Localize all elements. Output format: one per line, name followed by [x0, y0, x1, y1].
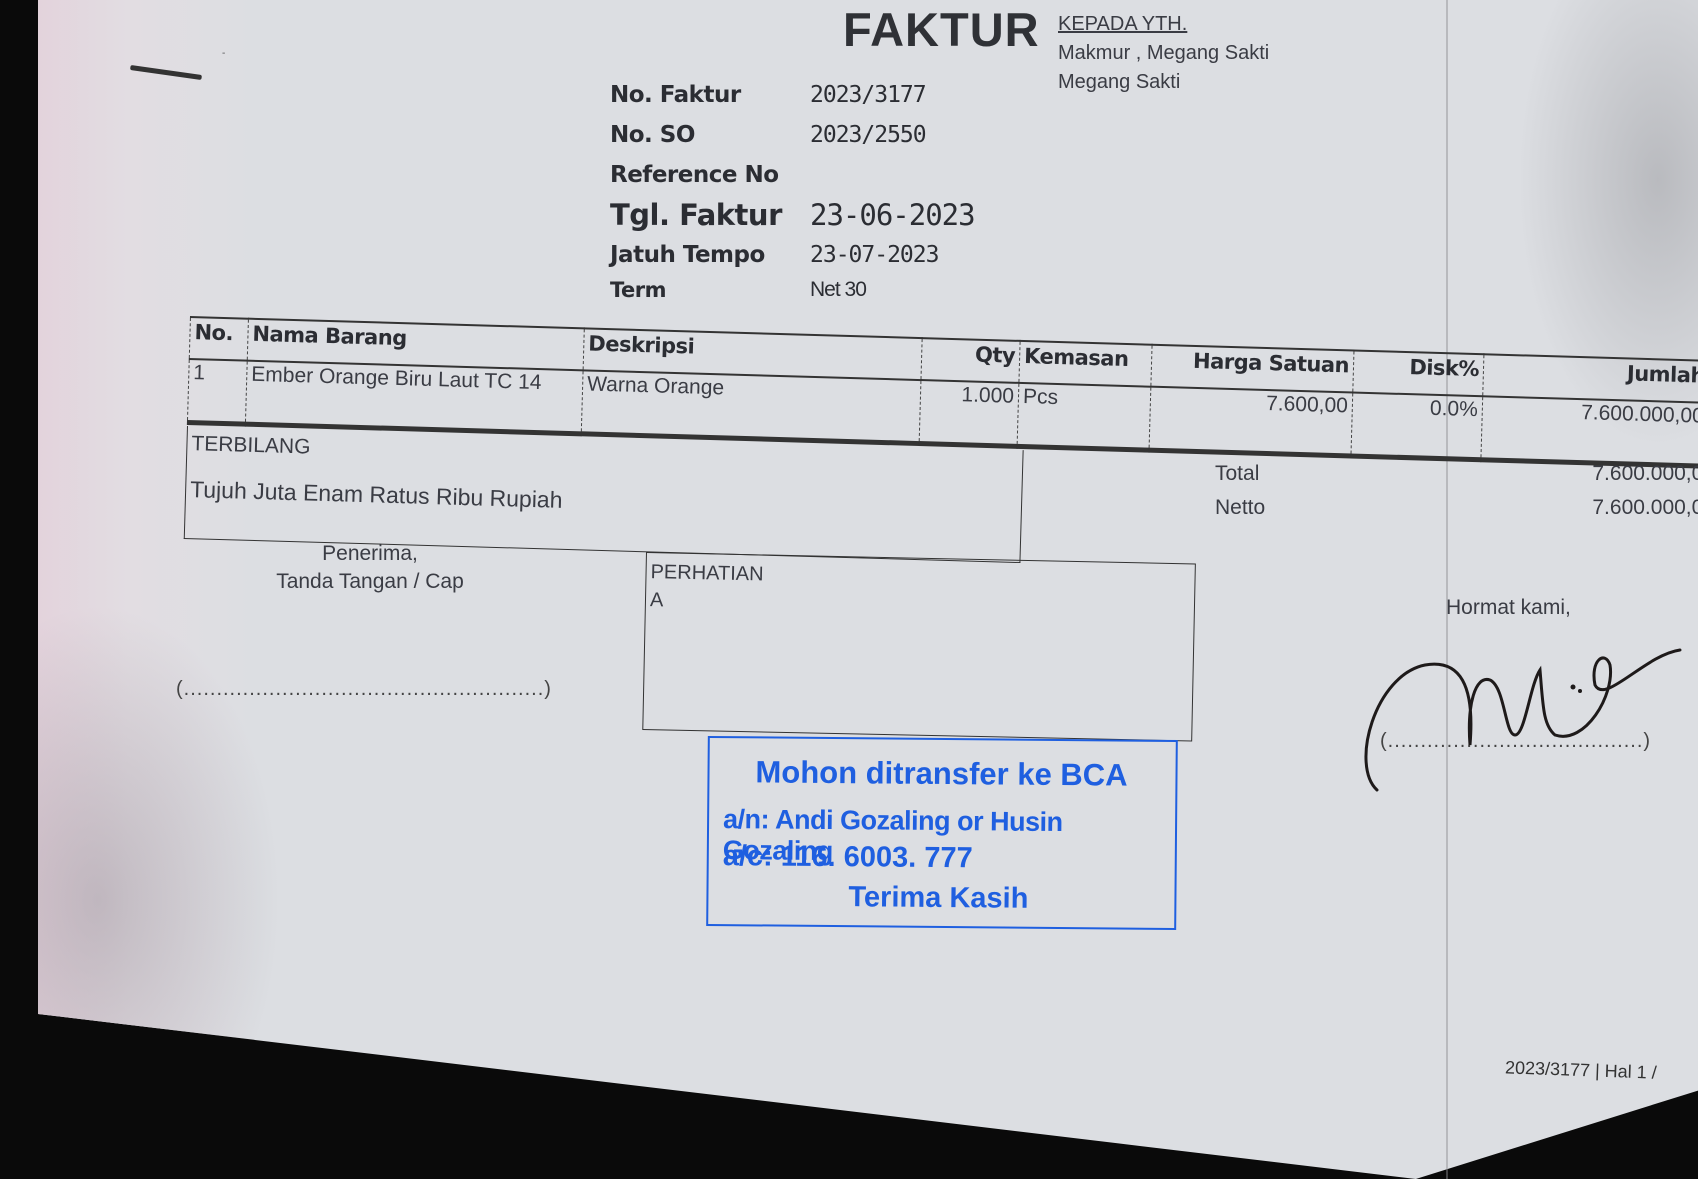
- jatuh-tempo-label: Jatuh Tempo: [610, 242, 810, 268]
- receiver-line-1: Penerima,: [250, 540, 490, 568]
- meta-row-term: Term Net 30: [610, 275, 975, 305]
- header-qty: Qty: [921, 338, 1020, 383]
- netto-value: 7.600.000,00: [1395, 496, 1698, 530]
- tiny-mark: -: [222, 48, 225, 59]
- header-jumlah: Jumlah: [1483, 354, 1698, 402]
- cell-nama-barang: Ember Orange Biru Laut TC 14: [245, 361, 583, 434]
- total-row: Total 7.600.000,00: [1215, 462, 1698, 496]
- meta-row-no-faktur: No. Faktur 2023/3177: [610, 75, 975, 115]
- no-so-value: 2023/2550: [810, 122, 926, 148]
- no-faktur-value: 2023/3177: [810, 82, 926, 108]
- attention-box: PERHATIAN A: [642, 552, 1196, 741]
- total-label: Total: [1215, 462, 1395, 496]
- meta-row-tgl-faktur: Tgl. Faktur 23-06-2023: [610, 195, 975, 235]
- handwritten-signature: [1355, 625, 1685, 795]
- total-value: 7.600.000,00: [1395, 462, 1698, 496]
- netto-row: Netto 7.600.000,00: [1215, 496, 1698, 530]
- jatuh-tempo-value: 23-07-2023: [810, 242, 938, 268]
- sender-regards: Hormat kami,: [1446, 596, 1571, 620]
- header-disk: Disk%: [1353, 351, 1484, 397]
- totals-block: Total 7.600.000,00 Netto 7.600.000,00: [1215, 462, 1698, 530]
- header-kemasan: Kemasan: [1019, 341, 1152, 387]
- cell-harga-satuan: 7.600,00: [1149, 387, 1353, 456]
- meta-row-no-so: No. SO 2023/2550: [610, 115, 975, 155]
- tgl-faktur-label: Tgl. Faktur: [610, 198, 810, 232]
- receiver-line-2: Tanda Tangan / Cap: [250, 568, 490, 596]
- attention-value: A: [650, 589, 664, 612]
- no-faktur-label: No. Faktur: [610, 82, 810, 108]
- bank-transfer-stamp: Mohon ditransfer ke BCA a/n: Andi Gozali…: [706, 736, 1178, 930]
- cell-kemasan: Pcs: [1017, 383, 1151, 450]
- terbilang-value: Tujuh Juta Enam Ratus Ribu Rupiah: [190, 476, 563, 514]
- attention-label: PERHATIAN: [650, 561, 763, 586]
- meta-row-jatuh-tempo: Jatuh Tempo 23-07-2023: [610, 235, 975, 275]
- invoice-meta: No. Faktur 2023/3177 No. SO 2023/2550 Re…: [610, 75, 975, 305]
- stamp-line-1: Mohon ditransfer ke BCA: [755, 754, 1127, 793]
- tgl-faktur-value: 23-06-2023: [810, 198, 975, 232]
- cell-no: 1: [187, 359, 247, 424]
- receiver-block: Penerima, Tanda Tangan / Cap: [250, 540, 490, 596]
- cell-jumlah: 7.600.000,00: [1481, 396, 1698, 466]
- header-harga-satuan: Harga Satuan: [1151, 345, 1354, 393]
- recipient-line-1: Makmur , Megang Sakti: [1058, 39, 1269, 68]
- term-label: Term: [610, 278, 810, 302]
- recipient-block: KEPADA YTH. Makmur , Megang Sakti Megang…: [1058, 10, 1269, 97]
- cell-qty: 1.000: [919, 380, 1019, 446]
- recipient-heading: KEPADA YTH.: [1058, 10, 1269, 39]
- receiver-signature-line: (.......................................…: [176, 678, 552, 701]
- header-no: No.: [189, 317, 248, 361]
- terbilang-label: TERBILANG: [191, 432, 311, 459]
- paper-fold-line: [1446, 0, 1448, 1179]
- reference-label: Reference No: [610, 162, 810, 188]
- stamp-line-3: a/c: 116. 6003. 777: [723, 840, 973, 875]
- netto-label: Netto: [1215, 496, 1395, 530]
- meta-row-reference: Reference No: [610, 155, 975, 195]
- cell-disk: 0.0%: [1351, 393, 1483, 460]
- no-so-label: No. SO: [610, 122, 810, 148]
- stamp-line-4: Terima Kasih: [848, 881, 1028, 916]
- document-title: FAKTUR: [843, 2, 1040, 57]
- term-value: Net 30: [810, 278, 866, 302]
- cell-deskripsi: Warna Orange: [581, 370, 921, 443]
- recipient-line-2: Megang Sakti: [1058, 68, 1269, 97]
